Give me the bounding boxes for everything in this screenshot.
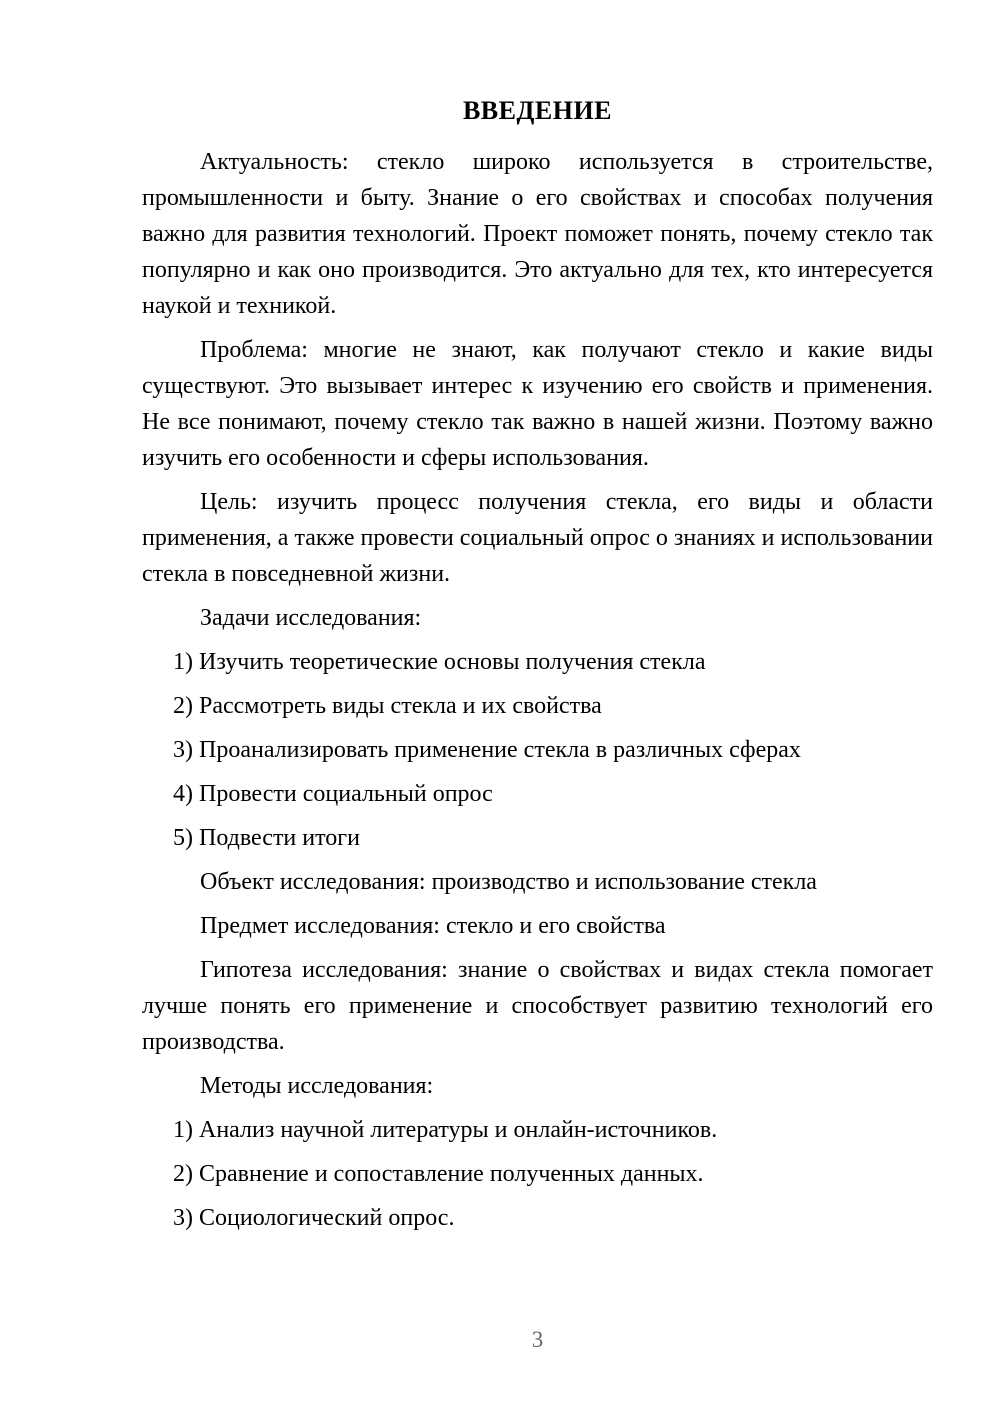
paragraph-hypothesis: Гипотеза исследования: знание о свойства… bbox=[142, 952, 933, 1060]
paragraph-relevance: Актуальность: стекло широко используется… bbox=[142, 144, 933, 324]
task-item-5: 5) Подвести итоги bbox=[173, 820, 933, 856]
task-item-3: 3) Проанализировать применение стекла в … bbox=[173, 732, 933, 768]
paragraph-object: Объект исследования: производство и испо… bbox=[142, 864, 933, 900]
task-item-4: 4) Провести социальный опрос bbox=[173, 776, 933, 812]
paragraph-problem: Проблема: многие не знают, как получают … bbox=[142, 332, 933, 476]
paragraph-subject: Предмет исследования: стекло и его свойс… bbox=[142, 908, 933, 944]
paragraph-goal: Цель: изучить процесс получения стекла, … bbox=[142, 484, 933, 592]
method-item-3: 3) Социологический опрос. bbox=[173, 1200, 933, 1236]
document-page: ВВЕДЕНИЕ Актуальность: стекло широко исп… bbox=[0, 0, 1000, 1414]
task-item-1: 1) Изучить теоретические основы получени… bbox=[173, 644, 933, 680]
page-number: 3 bbox=[142, 1322, 933, 1358]
task-item-2: 2) Рассмотреть виды стекла и их свойства bbox=[173, 688, 933, 724]
label-tasks: Задачи исследования: bbox=[142, 600, 933, 636]
page-content: ВВЕДЕНИЕ Актуальность: стекло широко исп… bbox=[142, 93, 933, 1244]
method-item-1: 1) Анализ научной литературы и онлайн-ис… bbox=[173, 1112, 933, 1148]
method-item-2: 2) Сравнение и сопоставление полученных … bbox=[173, 1156, 933, 1192]
label-methods: Методы исследования: bbox=[142, 1068, 933, 1104]
page-title: ВВЕДЕНИЕ bbox=[142, 93, 933, 129]
